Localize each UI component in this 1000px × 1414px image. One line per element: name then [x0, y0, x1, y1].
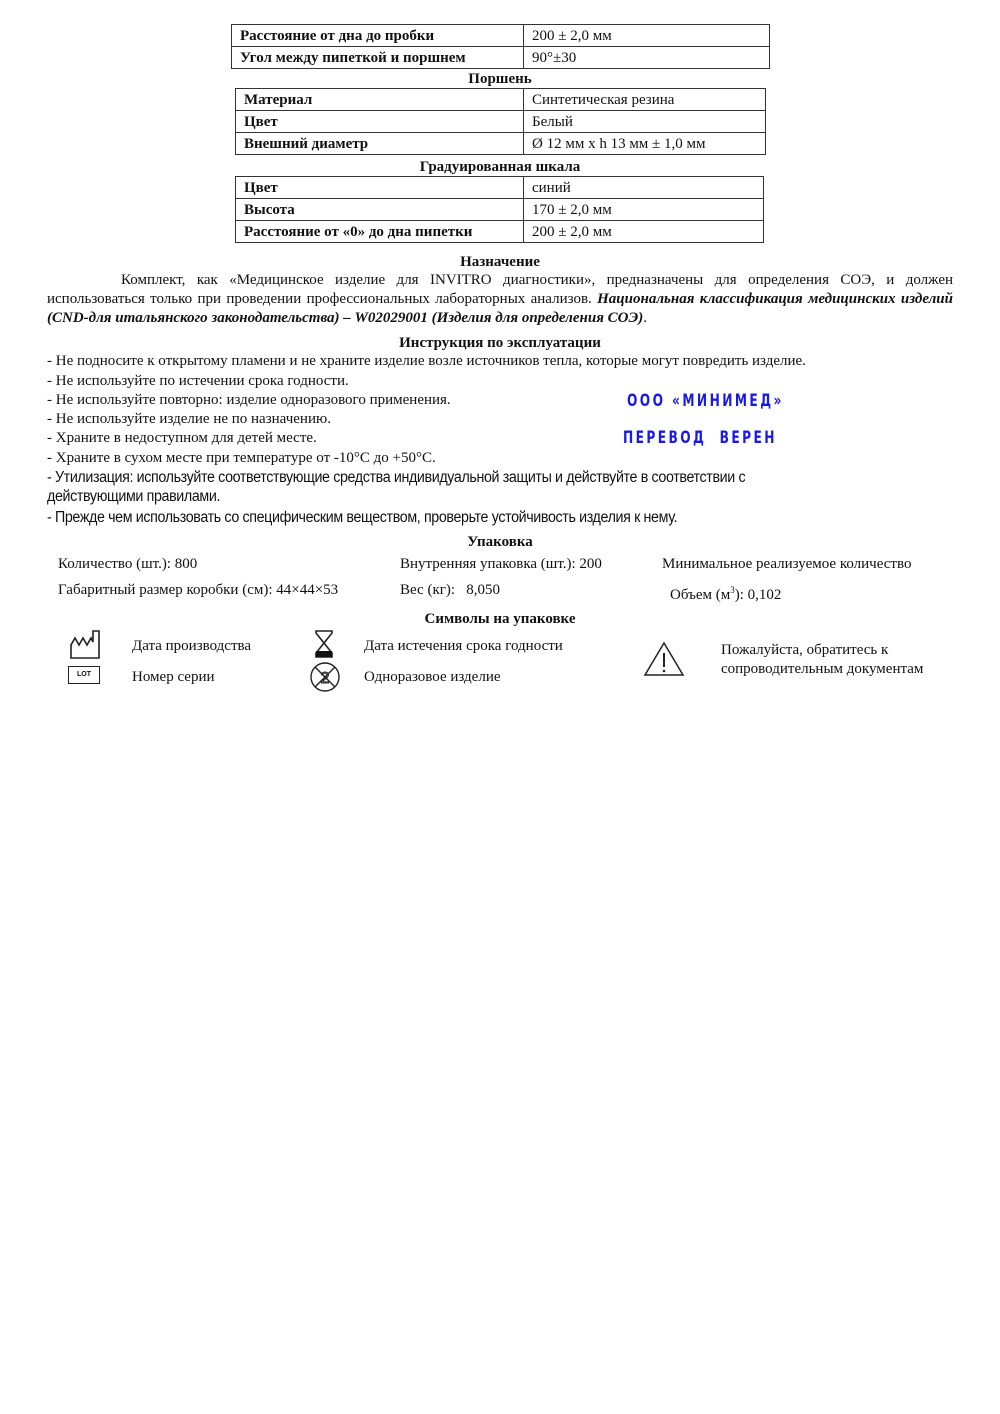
spec-value: 90°±30 — [524, 47, 770, 69]
table-row: Цвет синий — [236, 177, 764, 199]
instruction-item: - Храните в сухом месте при температуре … — [47, 449, 436, 468]
spec-key: Цвет — [236, 177, 524, 199]
purpose-title: Назначение — [0, 252, 1000, 272]
spec-value: Белый — [524, 111, 766, 133]
table-row: Угол между пипеткой и поршнем 90°±30 — [232, 47, 770, 69]
instructions-title: Инструкция по эксплуатации — [0, 333, 1000, 353]
purpose-end: . — [643, 310, 647, 326]
packaging-min-qty: Минимальное реализуемое количество — [662, 555, 911, 574]
spec-value: синий — [524, 177, 764, 199]
symbol-label: Номер серии — [132, 668, 215, 687]
piston-spec-table: Материал Синтетическая резина Цвет Белый… — [235, 88, 766, 155]
piston-title: Поршень — [0, 69, 1000, 89]
lot-icon: LOT — [68, 666, 100, 684]
symbols-title: Символы на упаковке — [0, 609, 1000, 629]
instruction-item: - Храните в недоступном для детей месте. — [47, 429, 317, 448]
packaging-volume: Объем (м3): 0,102 — [670, 581, 781, 605]
factory-icon — [68, 628, 102, 660]
pipette-spec-table: Расстояние от дна до пробки 200 ± 2,0 мм… — [231, 24, 770, 69]
packaging-title: Упаковка — [0, 532, 1000, 552]
spec-key: Расстояние от дна до пробки — [232, 25, 524, 47]
instruction-item: действующими правилами. — [47, 487, 220, 506]
spec-key: Цвет — [236, 111, 524, 133]
spec-value: 170 ± 2,0 мм — [524, 199, 764, 221]
spec-value: Ø 12 мм x h 13 мм ± 1,0 мм — [524, 133, 766, 155]
purpose-paragraph: Комплект, как «Медицинское изделие для I… — [47, 271, 953, 328]
instruction-item: - Утилизация: используйте соответствующи… — [47, 468, 745, 487]
instruction-item: - Прежде чем использовать со специфическ… — [47, 508, 677, 527]
translation-stamp-verified: ПЕРЕВОД ВЕРЕН — [623, 428, 777, 448]
spec-value: 200 ± 2,0 мм — [524, 25, 770, 47]
symbol-label: Дата производства — [132, 637, 251, 656]
symbol-label: сопроводительным документам — [721, 660, 923, 679]
scale-spec-table: Цвет синий Высота 170 ± 2,0 мм Расстояни… — [235, 176, 764, 243]
table-row: Высота 170 ± 2,0 мм — [236, 199, 764, 221]
table-row: Цвет Белый — [236, 111, 766, 133]
scale-title: Градуированная шкала — [0, 157, 1000, 177]
spec-value: Синтетическая резина — [524, 89, 766, 111]
spec-value: 200 ± 2,0 мм — [524, 221, 764, 243]
hourglass-icon — [314, 629, 334, 659]
svg-text:2: 2 — [321, 670, 330, 687]
spec-key: Высота — [236, 199, 524, 221]
table-row: Внешний диаметр Ø 12 мм x h 13 мм ± 1,0 … — [236, 133, 766, 155]
table-row: Расстояние от «0» до дна пипетки 200 ± 2… — [236, 221, 764, 243]
packaging-box-size: Габаритный размер коробки (см): 44×44×53 — [58, 581, 338, 600]
instruction-item: - Не подносите к открытому пламени и не … — [47, 352, 806, 371]
spec-key: Материал — [236, 89, 524, 111]
translation-stamp-company: ООО «МИНИМЕД» — [627, 391, 784, 411]
packaging-inner: Внутренняя упаковка (шт.): 200 — [400, 555, 602, 574]
instruction-item: - Не используйте по истечении срока годн… — [47, 372, 349, 391]
volume-prefix: Объем (м — [670, 587, 730, 603]
instruction-item: - Не используйте повторно: изделие однор… — [47, 391, 451, 410]
packaging-quantity: Количество (шт.): 800 — [58, 555, 197, 574]
spec-key: Угол между пипеткой и поршнем — [232, 47, 524, 69]
spec-key: Расстояние от «0» до дна пипетки — [236, 221, 524, 243]
do-not-reuse-icon: 2 — [309, 661, 341, 693]
symbol-label: Дата истечения срока годности — [364, 637, 563, 656]
warning-icon — [643, 641, 685, 677]
symbol-label: Пожалуйста, обратитесь к — [721, 641, 888, 660]
spec-key: Внешний диаметр — [236, 133, 524, 155]
table-row: Материал Синтетическая резина — [236, 89, 766, 111]
packaging-weight: Вес (кг): 8,050 — [400, 581, 500, 600]
instruction-item: - Не используйте изделие не по назначени… — [47, 410, 331, 429]
volume-suffix: ): 0,102 — [735, 587, 782, 603]
table-row: Расстояние от дна до пробки 200 ± 2,0 мм — [232, 25, 770, 47]
symbol-label: Одноразовое изделие — [364, 668, 501, 687]
